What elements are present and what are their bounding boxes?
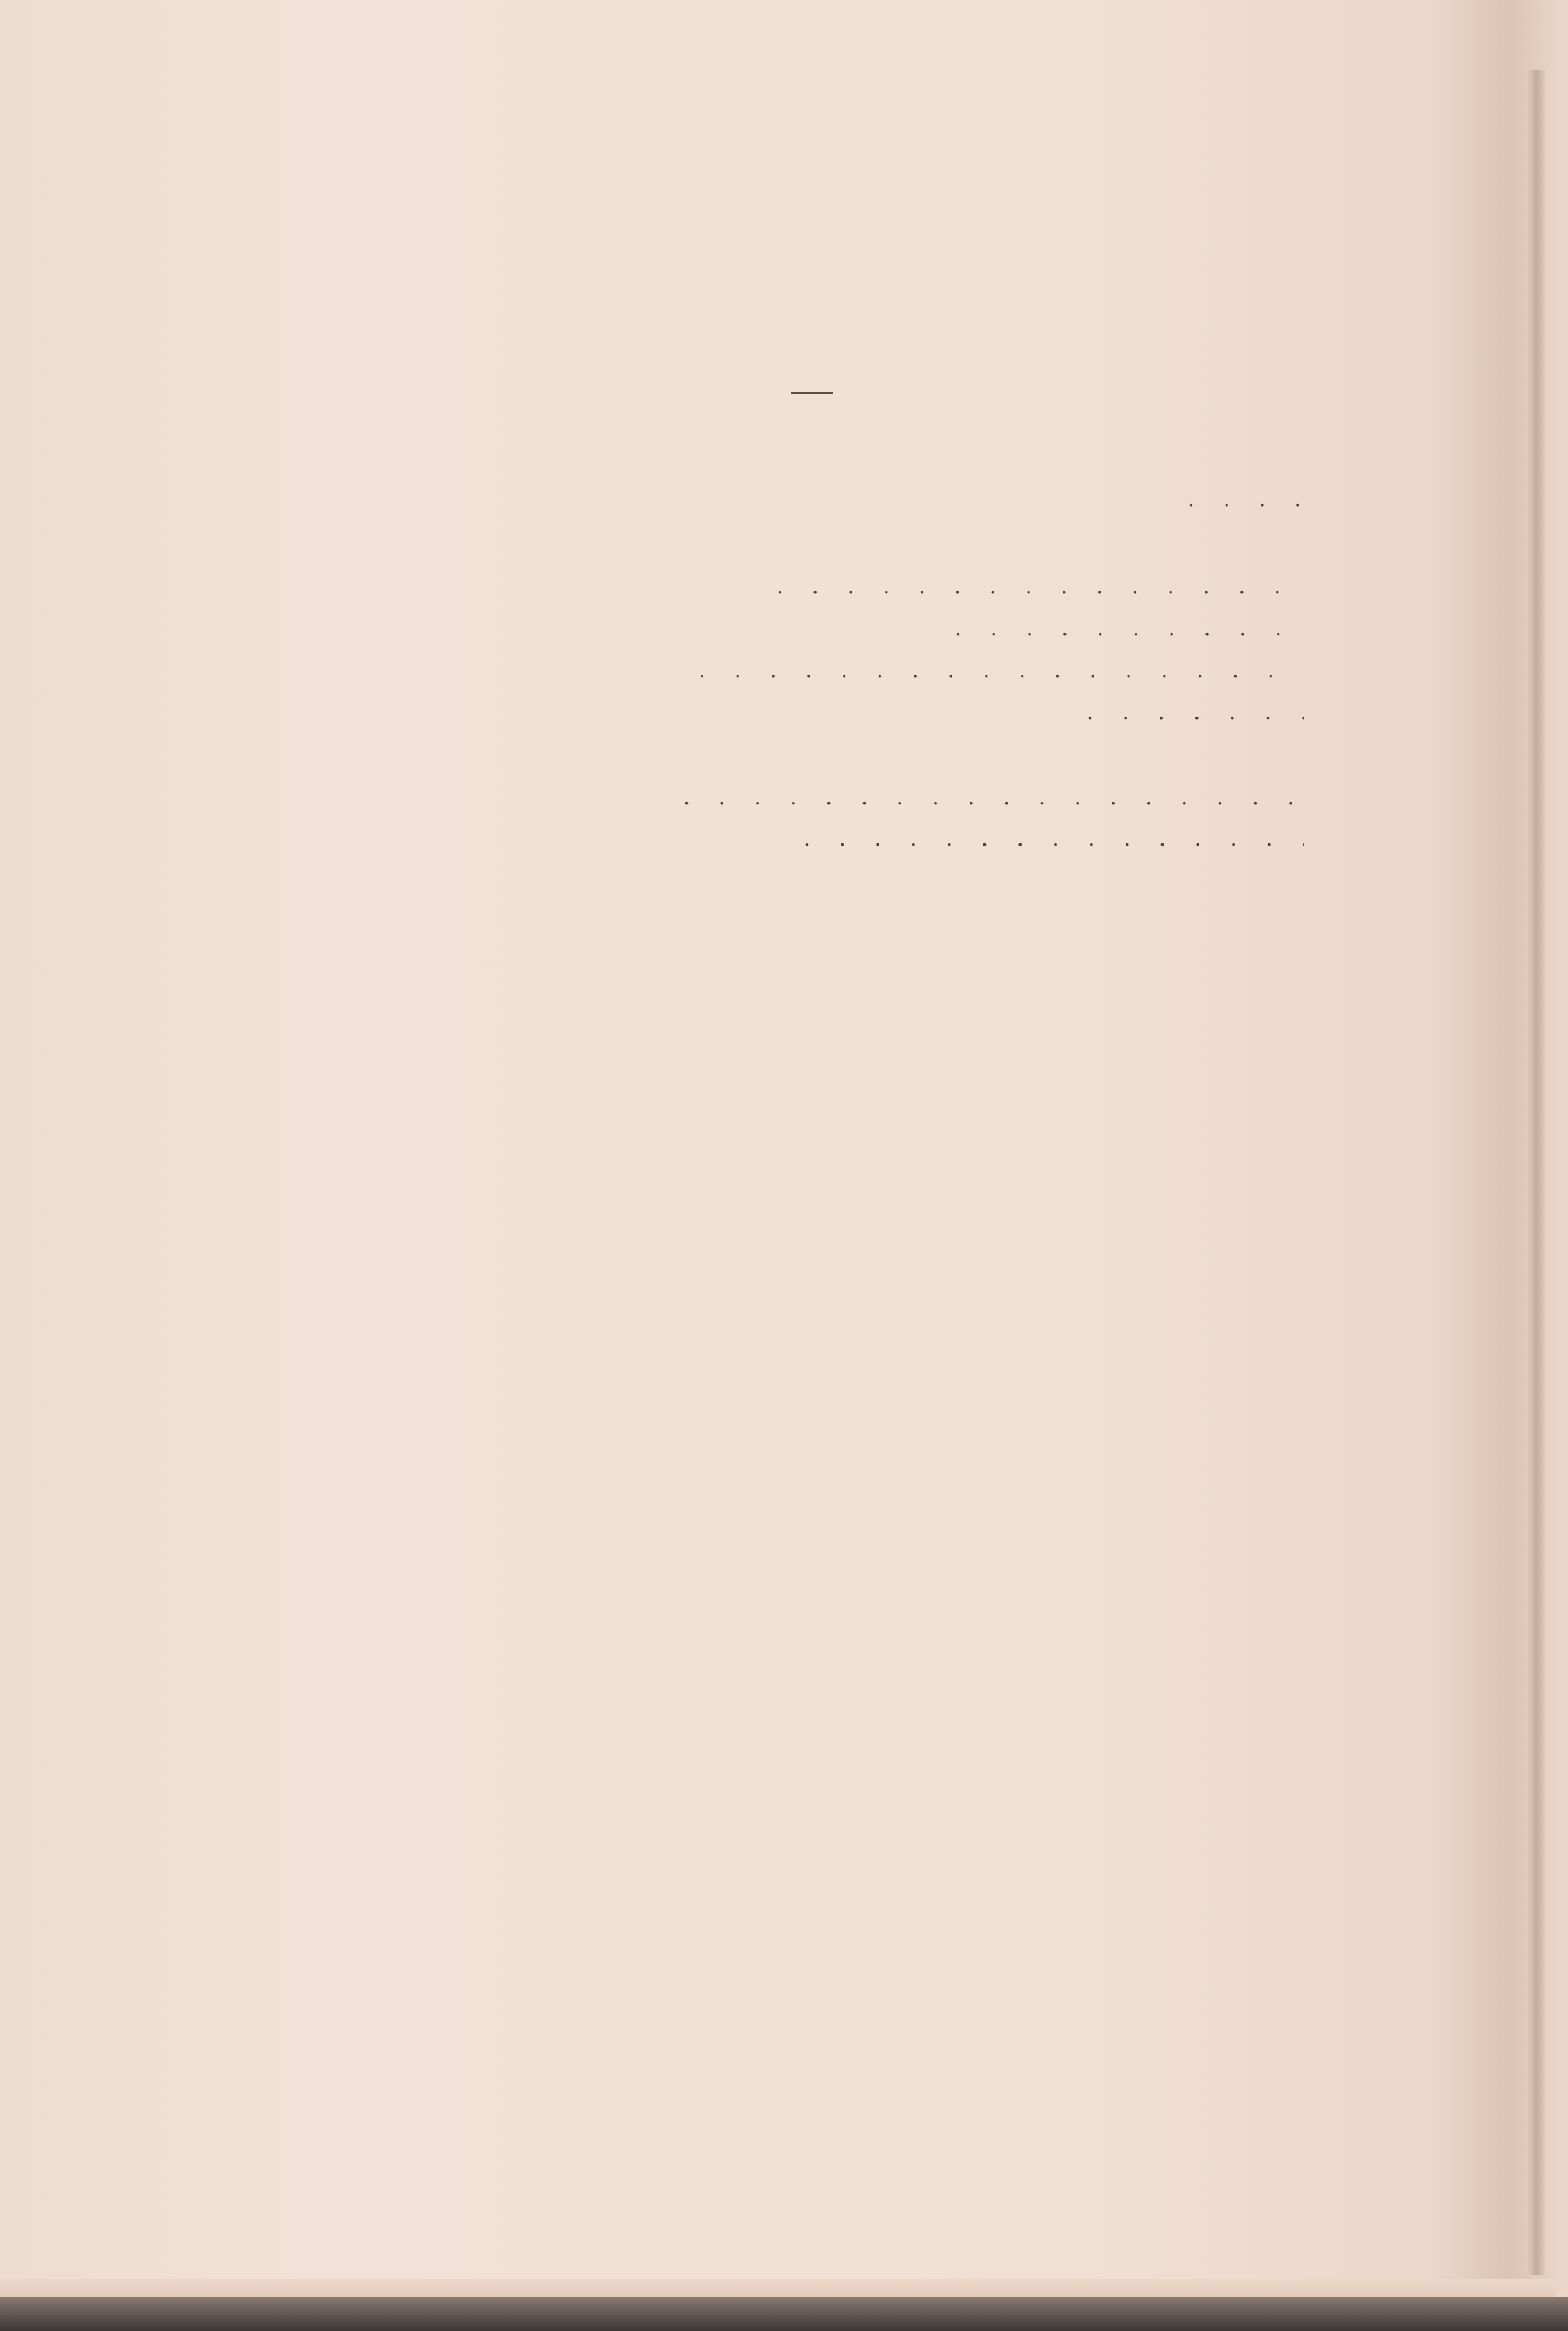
toc-entry: . . . . . . . . . . . . . . . . . . . . … bbox=[0, 649, 1568, 691]
toc-entry-continuation: . . . . . . . . . . . . . . . . . . . . … bbox=[0, 776, 1568, 818]
toc-entry: . . . . . . . . . bbox=[0, 691, 1568, 733]
leader-dots: . . . . . . . . . . . . . . . . . . . . … bbox=[683, 776, 1304, 818]
toc-entry: . . . . . . . . . . . . . . bbox=[0, 607, 1568, 649]
page-edge-shadow bbox=[1528, 70, 1545, 2275]
leader-dots: . . . . bbox=[1188, 478, 1304, 520]
leader-dots: . . . . . . . . . . . . . . . . . . . . … bbox=[699, 649, 1304, 691]
leader-dots: . . . . . . . . . bbox=[1087, 691, 1304, 733]
toc-entry bbox=[0, 860, 1568, 902]
book-page bbox=[0, 0, 1556, 2298]
leader-dots: . . . . . . . . . . . . . . . . . . . . … bbox=[776, 565, 1304, 607]
toc-entry-continuation: . . . . bbox=[0, 478, 1568, 520]
title-rule-divider bbox=[791, 392, 833, 394]
leader-dots: . . . . . . . . . . . . . . bbox=[955, 607, 1304, 649]
toc-entry bbox=[0, 522, 1568, 564]
background-surface bbox=[0, 2297, 1568, 2331]
toc-entry bbox=[0, 436, 1568, 478]
toc-entry bbox=[0, 734, 1568, 776]
leader-dots: . . . . . . . . . . . . . . . . . . . . … bbox=[803, 818, 1304, 860]
toc-entry: . . . . . . . . . . . . . . . . . . . . … bbox=[0, 818, 1568, 860]
toc-entry-continuation: . . . . . . . . . . . . . . . . . . . . … bbox=[0, 565, 1568, 607]
